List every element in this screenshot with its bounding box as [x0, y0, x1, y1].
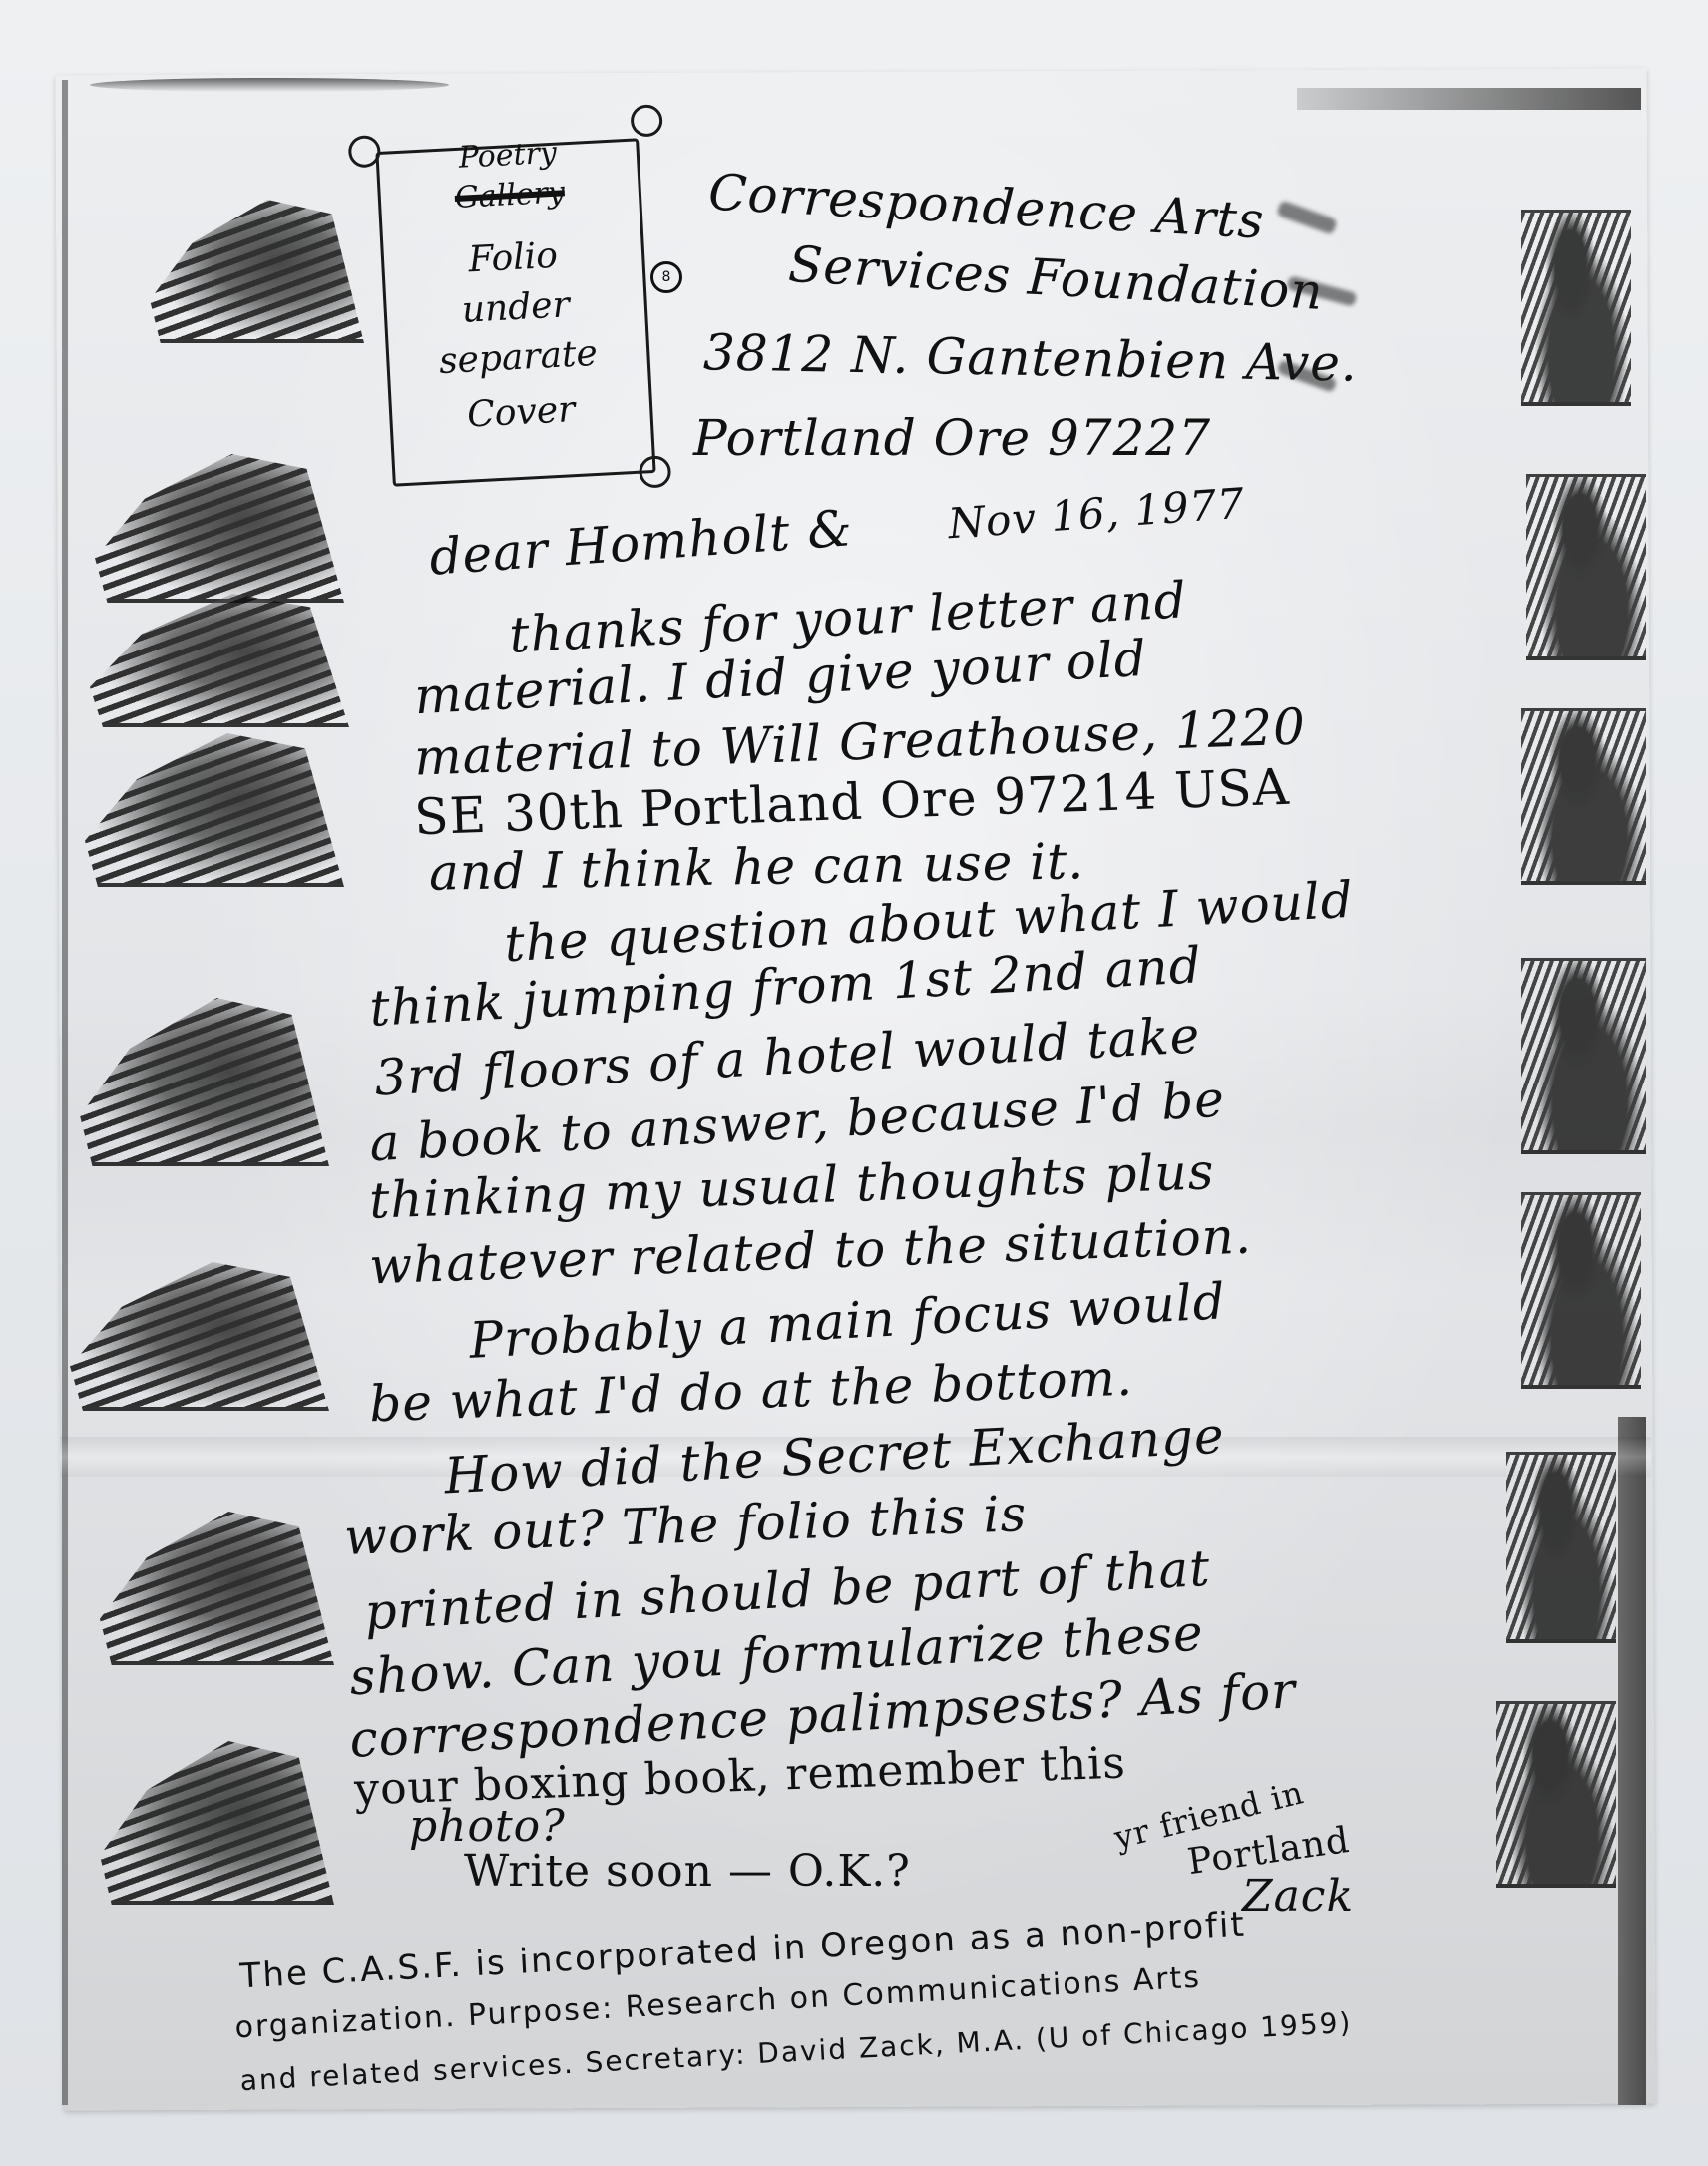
- signature: Zack: [1242, 1871, 1354, 1922]
- portrait-image: [1521, 1192, 1641, 1389]
- portrait-image: [1521, 708, 1646, 885]
- closing-line: Write soon — O.K.?: [464, 1846, 911, 1897]
- portrait-image: [1521, 210, 1631, 406]
- note-line: under: [386, 280, 645, 334]
- paper-top-edge-shadow: [1297, 88, 1641, 110]
- letterhead-line: 3812 N. Gantenbien Ave.: [703, 323, 1359, 392]
- body-line: photo?: [409, 1801, 566, 1852]
- paper-top-shadow: [90, 78, 449, 92]
- portrait-image: [1526, 474, 1646, 660]
- note-box: Poetry Gallery Folio under separate Cove…: [375, 138, 655, 486]
- loop-mark: [348, 135, 382, 169]
- circled-mark-icon: 8: [650, 261, 682, 293]
- paper-left-edge: [62, 80, 68, 2105]
- note-line: Folio: [383, 230, 642, 284]
- paper-right-edge-shadow: [1618, 1417, 1646, 2105]
- note-line: separate: [388, 330, 647, 384]
- letterhead-line: Portland Ore 97227: [693, 409, 1211, 467]
- note-line: Cover: [391, 385, 650, 439]
- portrait-image: [1521, 958, 1646, 1154]
- note-line-struck: Gallery: [380, 171, 639, 218]
- portrait-image: [1506, 1452, 1616, 1643]
- portrait-image: [1496, 1701, 1616, 1888]
